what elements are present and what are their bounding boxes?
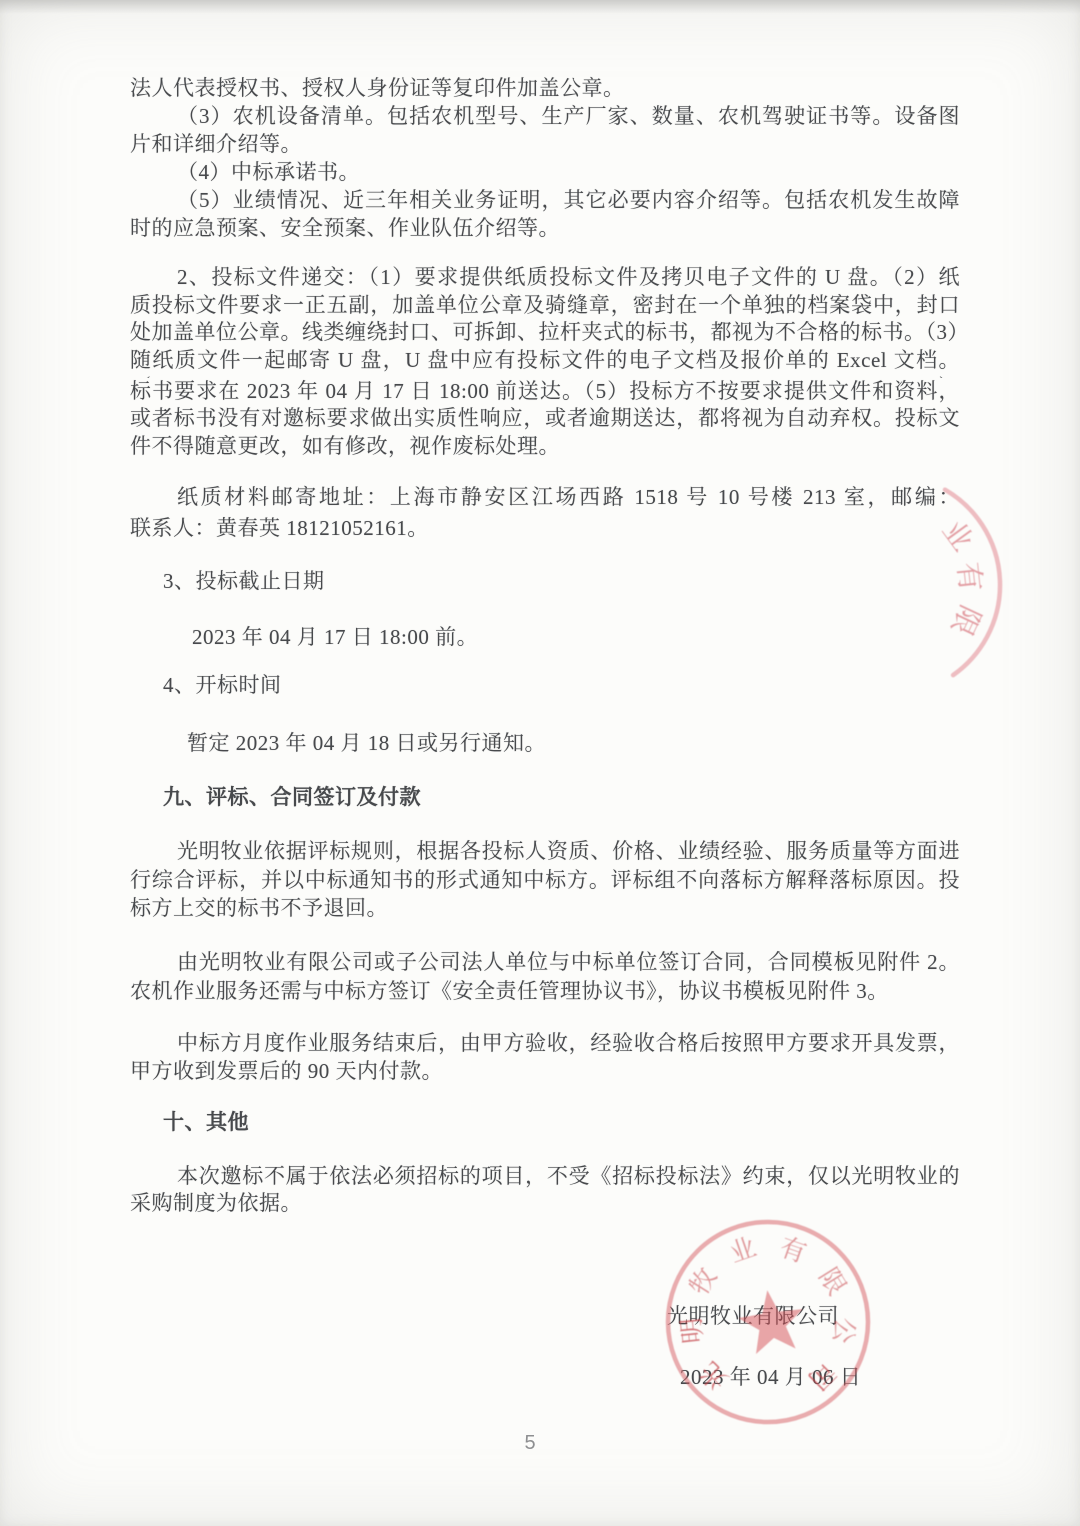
document-line: 光明牧业有限公司 — [130, 1302, 960, 1330]
paragraph: 由光明牧业有限公司或子公司法人单位与中标单位签订合同，合同模板见附件 2。农机作… — [130, 948, 960, 1006]
paragraph: 2023 年 04 月 17 日 18:00 前。 — [130, 623, 960, 651]
scanned-document-page: 法人代表授权书、授权人身份证等复印件加盖公章。（3）农机设备清单。包括农机型号、… — [0, 0, 1080, 1526]
document-line: 4、开标时间 — [130, 671, 960, 699]
document-line: 光明牧业依据评标规则，根据各投标人资质、价格、业绩经验、服务质量等方面进 — [130, 837, 960, 866]
document-line: 十、其他 — [130, 1108, 960, 1136]
document-line: （4）中标承诺书。 — [130, 158, 960, 186]
paragraph: 2、投标文件递交：（1）要求提供纸质投标文件及拷贝电子文件的 U 盘。（2）纸质… — [130, 264, 960, 460]
signature-date-line: 2023 年 04 月 06 日 — [130, 1363, 960, 1391]
section-heading: 九、评标、合同签订及付款 — [130, 783, 960, 811]
document-line: 暂定 2023 年 04 月 18 日或另行通知。 — [130, 729, 960, 757]
document-line: 标方上交的标书不予退回。 — [130, 894, 960, 923]
document-line: 2、投标文件递交：（1）要求提供纸质投标文件及拷贝电子文件的 U 盘。（2）纸 — [130, 264, 960, 292]
document-line: （3）农机设备清单。包括农机型号、生产厂家、数量、农机驾驶证书等。设备图 — [130, 102, 960, 130]
document-line: 由光明牧业有限公司或子公司法人单位与中标单位签订合同，合同模板见附件 2。 — [130, 948, 960, 977]
document-line: 本次邀标不属于依法必须招标的项目，不受《招标投标法》约束，仅以光明牧业的 — [130, 1163, 960, 1190]
document-line: 行综合评标，并以中标通知书的形式通知中标方。评标组不向落标方解释落标原因。投 — [130, 866, 960, 895]
paragraph: 暂定 2023 年 04 月 18 日或另行通知。 — [130, 729, 960, 757]
document-line: 采购制度为依据。 — [130, 1190, 960, 1217]
paragraph: 本次邀标不属于依法必须招标的项目，不受《招标投标法》约束，仅以光明牧业的采购制度… — [130, 1163, 960, 1217]
document-line: 片和详细介绍等。 — [130, 130, 960, 158]
document-line: 随纸质文件一起邮寄 U 盘，U 盘中应有投标文件的电子文档及报价单的 Excel… — [130, 347, 960, 378]
document-line: 质投标文件要求一正五副，加盖单位公章及骑缝章，密封在一个单独的档案袋中，封口 — [130, 292, 960, 320]
document-line: 或者标书没有对邀标要求做出实质性响应，或者逾期送达，都将视为自动弃权。投标文 — [130, 405, 960, 433]
paragraph: （5）业绩情况、近三年相关业务证明，其它必要内容介绍等。包括农机发生故障时的应急… — [130, 186, 960, 242]
document-line: 农机作业服务还需与中标方签订《安全责任管理协议书》，协议书模板见附件 3。 — [130, 977, 960, 1006]
document-line: 3、投标截止日期 — [130, 567, 960, 595]
signature-company-line: 光明牧业有限公司 — [130, 1302, 960, 1330]
paragraph: （3）农机设备清单。包括农机型号、生产厂家、数量、农机驾驶证书等。设备图片和详细… — [130, 102, 960, 158]
document-line: 2023 年 04 月 17 日 18:00 前。 — [130, 623, 960, 651]
document-line: 九、评标、合同签订及付款 — [130, 783, 960, 811]
document-line: 件不得随意更改，如有修改，视作废标处理。 — [130, 433, 960, 461]
paragraph: 纸质材料邮寄地址：上海市静安区江场西路 1518 号 10 号楼 213 室，邮… — [130, 484, 960, 543]
document-body: 法人代表授权书、授权人身份证等复印件加盖公章。（3）农机设备清单。包括农机型号、… — [0, 0, 1080, 1526]
document-line: 2023 年 04 月 06 日 — [130, 1363, 960, 1391]
document-line: 中标方月度作业服务结束后，由甲方验收，经验收合格后按照甲方要求开具发票， — [130, 1029, 960, 1057]
document-line: 处加盖单位公章。线类缠绕封口、可拆卸、拉杆夹式的标书，都视为不合格的标书。（3） — [130, 319, 960, 347]
document-line: 标书要求在 2023 年 04 月 17 日 18:00 前送达。（5）投标方不… — [130, 378, 960, 406]
paragraph: 光明牧业依据评标规则，根据各投标人资质、价格、业绩经验、服务质量等方面进行综合评… — [130, 837, 960, 923]
page-number: 5 — [500, 1432, 560, 1455]
document-line: 联系人：黄春英 18121052161。 — [130, 515, 960, 543]
section-heading: 十、其他 — [130, 1108, 960, 1136]
document-line: 时的应急预案、安全预案、作业队伍介绍等。 — [130, 214, 960, 242]
paragraph: 法人代表授权书、授权人身份证等复印件加盖公章。 — [130, 74, 960, 102]
paragraph: 3、投标截止日期 — [130, 567, 960, 595]
document-line: 纸质材料邮寄地址：上海市静安区江场西路 1518 号 10 号楼 213 室，邮… — [130, 484, 960, 515]
paragraph: （4）中标承诺书。 — [130, 158, 960, 186]
paragraph: 4、开标时间 — [130, 671, 960, 699]
document-line: 法人代表授权书、授权人身份证等复印件加盖公章。 — [130, 74, 960, 102]
document-line: 甲方收到发票后的 90 天内付款。 — [130, 1057, 960, 1085]
document-line: （5）业绩情况、近三年相关业务证明，其它必要内容介绍等。包括农机发生故障 — [130, 186, 960, 214]
paragraph: 中标方月度作业服务结束后，由甲方验收，经验收合格后按照甲方要求开具发票，甲方收到… — [130, 1029, 960, 1085]
